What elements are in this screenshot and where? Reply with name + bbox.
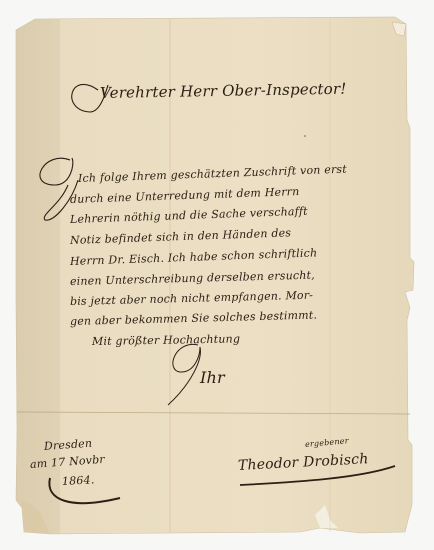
year: 1864.	[62, 471, 95, 490]
letter-page: Verehrter Herr Ober-Inspector! Ich folge…	[0, 0, 434, 550]
closing: Mit größter Hochachtung	[92, 332, 240, 348]
yours: Ihr	[200, 368, 225, 387]
